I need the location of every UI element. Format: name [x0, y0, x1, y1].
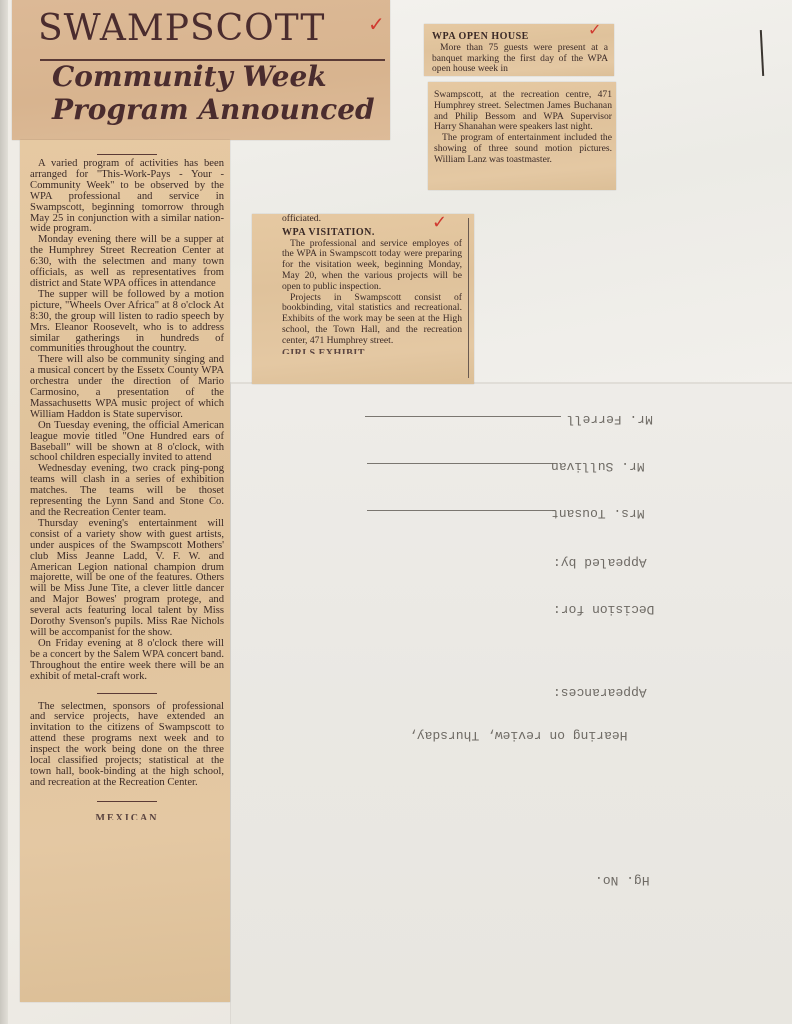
section-rule [97, 693, 157, 694]
column-rule [97, 154, 157, 155]
signature-line [367, 510, 555, 511]
trailing-fragment: MEXICAN [30, 814, 224, 820]
form-field-hearing: Hearing on review, Thursday, [409, 728, 627, 743]
red-check-icon: ✓ [432, 212, 447, 233]
inverted-form-sheet: Mr. Ferrell Mr. Sullivan Mrs. Tousant Ap… [230, 382, 792, 1024]
open-house-paragraph: Swampscott, at the recreation centre, 47… [434, 90, 612, 133]
form-field-ferrell: Mr. Ferrell [567, 412, 653, 427]
open-house-text-top: WPA OPEN HOUSE More than 75 guests were … [432, 32, 608, 75]
article-paragraph: The supper will be followed by a motion … [30, 290, 224, 355]
section-rule [97, 801, 157, 802]
form-field-tousant: Mrs. Tousant [551, 506, 645, 521]
form-field-decision-for: Decision for: [553, 602, 654, 617]
visitation-paragraph: The professional and service employes of… [282, 239, 462, 293]
column-divider [468, 218, 469, 378]
form-field-appearances: Appearances: [553, 685, 647, 700]
article-paragraph: On Tuesday evening, the official America… [30, 421, 224, 465]
open-house-clipping-top: WPA OPEN HOUSE More than 75 guests were … [424, 24, 614, 76]
headline-line-1: Community Week [52, 60, 375, 93]
article-paragraph: There will also be community singing and… [30, 355, 224, 420]
form-field-sullivan: Mr. Sullivan [551, 459, 645, 474]
article-paragraph: A varied program of activities has been … [30, 159, 224, 235]
article-paragraph: On Friday evening at 8 o'clock there wil… [30, 639, 224, 683]
article-paragraph: Thursday evening's entertainment will co… [30, 519, 224, 639]
signature-line [365, 416, 561, 417]
open-house-paragraph: More than 75 guests were present at a ba… [432, 43, 608, 75]
red-check-icon: ✓ [588, 20, 601, 39]
headline-clipping: SWAMPSCOTT ✓ Community Week Program Anno… [12, 0, 390, 140]
article-headline: Community Week Program Announced [52, 60, 375, 126]
town-heading: SWAMPSCOTT [38, 8, 325, 49]
headline-line-2: Program Announced [52, 93, 375, 126]
visitation-paragraph: Projects in Swampscott consist of bookbi… [282, 293, 462, 347]
closing-paragraph: The selectmen, sponsors of professional … [30, 702, 224, 789]
visitation-text: officiated. WPA VISITATION. The professi… [282, 214, 462, 354]
form-field-hg-no: Hg. No. [595, 873, 650, 888]
page-edge [0, 0, 8, 1024]
open-house-text-bottom: Swampscott, at the recreation centre, 47… [434, 90, 612, 166]
form-field-appealed-by: Appealed by: [553, 555, 647, 570]
article-body: A varied program of activities has been … [30, 154, 224, 820]
main-article-clipping: A varied program of activities has been … [20, 140, 230, 1002]
open-house-paragraph: The program of entertainment included th… [434, 133, 612, 165]
article-paragraph: Monday evening there will be a supper at… [30, 235, 224, 290]
trailing-fragment: GIRLS EXHIBIT [282, 349, 462, 354]
signature-line [367, 463, 557, 464]
article-paragraph: Wednesday evening, two crack ping-pong t… [30, 464, 224, 519]
visitation-clipping: officiated. WPA VISITATION. The professi… [252, 214, 474, 384]
red-check-icon: ✓ [368, 12, 385, 36]
open-house-clipping-bottom: Swampscott, at the recreation centre, 47… [428, 82, 616, 190]
